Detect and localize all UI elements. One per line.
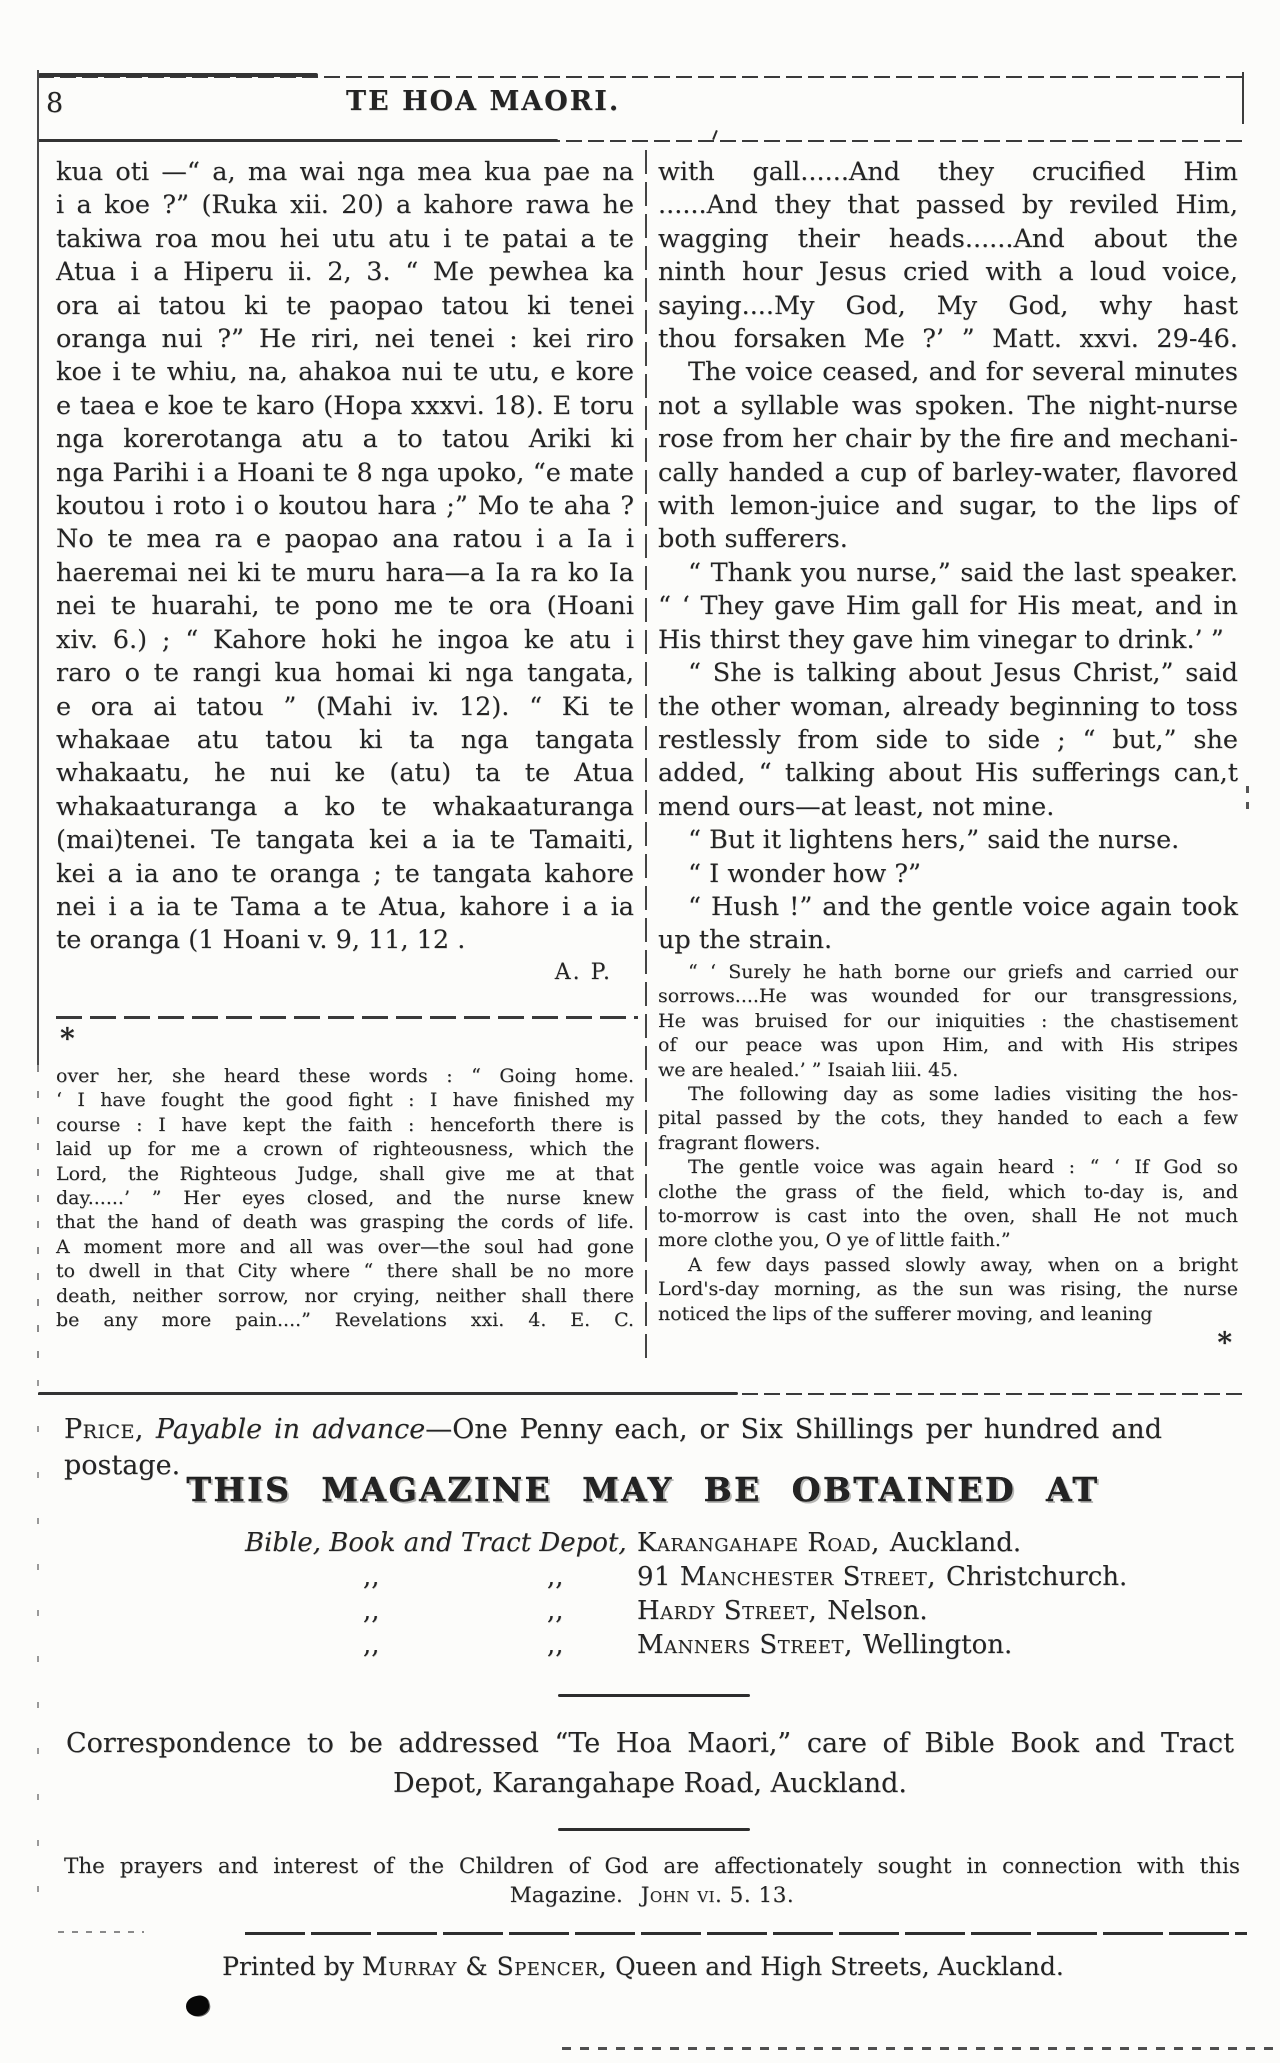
text-line: fragrant flowers. (658, 1131, 1238, 1155)
text-line: ora ai tatou ki te paopao tatou ki tenei (56, 290, 634, 323)
text-line: whakaaturanga a ko te whakaaturanga (56, 791, 634, 824)
text-line: ninth hour Jesus cried with a loud voice… (658, 256, 1238, 289)
text-line: The gentle voice was again heard : “ ‘ I… (658, 1155, 1238, 1179)
text-line: over her, she heard these words : “ Goin… (56, 1064, 634, 1088)
text-line: “ Hush !” and the gentle voice again too… (658, 891, 1238, 924)
page-number: 8 (46, 88, 63, 119)
text-line: that the hand of death was grasping the … (56, 1210, 634, 1234)
text-line: kua oti —“ a, ma wai nga mea kua pae na (56, 156, 634, 189)
text-line: both sufferers. (658, 523, 1238, 556)
text-line: death, neither sorrow, nor crying, neith… (56, 1284, 634, 1308)
text-line: Atua i a Hiperu ii. 2, 3. “ Me pewhea ka (56, 256, 634, 289)
text-line: koutou i roto i o koutou hara ;” Mo te a… (56, 490, 634, 523)
text-line: ‘ I have fought the good fight : I have … (56, 1088, 634, 1112)
ditto-mark: ,, (547, 1596, 564, 1626)
text-line: raro o te rangi kua homai ki nga tangata… (56, 657, 634, 690)
text-line: more clothe you, O ye of little faith.” (658, 1228, 1238, 1252)
text-line: to-morrow is cast into the oven, shall H… (658, 1204, 1238, 1228)
text-line: added, “ talking about His sufferings ca… (658, 757, 1238, 790)
text-line: His thirst they gave him vinegar to drin… (658, 624, 1238, 657)
left-footnote-text: over her, she heard these words : “ Goin… (56, 1064, 634, 1332)
text-line: of our peace was upon Him, and with His … (658, 1033, 1238, 1057)
depot-city: Christchurch. (946, 1562, 1127, 1592)
page-right-edge-dots (1246, 786, 1249, 812)
text-line: te oranga (1 Hoani v. 9, 11, 12 . (56, 924, 634, 957)
continuation-asterisk: * (658, 1326, 1232, 1359)
text-line: The voice ceased, and for several minute… (658, 356, 1238, 389)
text-line: nga korerotanga atu a to tatou Ariki ki (56, 423, 634, 456)
footnote-asterisk: * (60, 1022, 75, 1055)
page-left-border-dotted (37, 1065, 39, 1360)
text-line: The following day as some ladies visitin… (658, 1082, 1238, 1106)
depot-row: ,, ,, 91 Manchester Street,Christchurch. (245, 1562, 1255, 1596)
ditto-mark: ,, (363, 1596, 380, 1626)
depot-city: Nelson. (827, 1596, 927, 1626)
printer-address: Queen and High Streets, Auckland. (615, 1952, 1064, 1981)
correspondence-line: Depot, Karangahape Road, Auckland. (66, 1764, 1234, 1804)
text-line: saying....My God, My God, why hast (658, 290, 1238, 323)
text-line: up the strain. (658, 924, 1238, 957)
depot-address: 91 Manchester Street,Christchurch. (637, 1562, 1127, 1592)
text-line: nga Parihi i a Hoani te 8 nga upoko, “e … (56, 457, 634, 490)
author-initials: A. P. (56, 960, 612, 985)
text-line: clothe the grass of the field, which to-… (658, 1180, 1238, 1204)
text-line: “ But it lightens hers,” said the nurse. (658, 824, 1238, 857)
header-bottom-rule-heavy-segment (38, 139, 558, 142)
text-line: day......’ ” Her eyes closed, and the nu… (56, 1186, 634, 1210)
correspondence-line: Correspondence to be addressed “Te Hoa M… (66, 1724, 1234, 1764)
text-line: i a koe ?” (Ruka xii. 20) a kahore rawa … (56, 189, 634, 222)
depot-city: Auckland. (890, 1528, 1021, 1558)
ditto-mark: ,, (547, 1562, 564, 1592)
ditto-mark: ,, (363, 1562, 380, 1592)
column-divider-rule (645, 150, 647, 1358)
text-line: A moment more and all was over—the soul … (56, 1235, 634, 1259)
text-line: with gall......And they crucified Him (658, 156, 1238, 189)
footer-top-rule-heavy-segment (38, 1392, 738, 1395)
text-line: be any more pain....” Revelations xxi. 4… (56, 1308, 634, 1332)
text-line: mend ours—at least, not mine. (658, 791, 1238, 824)
text-line: haeremai nei ki te muru hara—a Ia ra ko … (56, 557, 634, 590)
depot-street: 91 Manchester Street, (637, 1562, 936, 1592)
text-line: Lord, the Righteous Judge, shall give me… (56, 1162, 634, 1186)
text-line: ......And they that passed by reviled Hi… (658, 189, 1238, 222)
scan-artifact (712, 130, 718, 140)
prayers-line: The prayers and interest of the Children… (64, 1852, 1240, 1881)
printer-line: Printed by Murray & Spencer, Queen and H… (38, 1952, 1248, 1981)
depot-list: Bible, Book and Tract Depot, Karangahape… (245, 1528, 1255, 1664)
depot-source: Bible, Book and Tract Depot, (245, 1528, 627, 1558)
text-line: not a syllable was spoken. The night-nur… (658, 390, 1238, 423)
printer-name: Murray & Spencer, (362, 1952, 607, 1981)
text-line: the other woman, already beginning to to… (658, 691, 1238, 724)
text-line: xiv. 6.) ; “ Kahore hoki he ingoa ke atu… (56, 624, 634, 657)
page-left-border (37, 70, 39, 1065)
text-line: wagging their heads......And about the (658, 223, 1238, 256)
text-line: A few days passed slowly away, when on a… (658, 1253, 1238, 1277)
text-line: “ She is talking about Jesus Christ,” sa… (658, 657, 1238, 690)
depot-street: Karangahape Road, (637, 1528, 880, 1558)
text-line: kei a ia ano te oranga ; te tangata kaho… (56, 858, 634, 891)
text-line: whakaae atu tatou ki ta nga tangata (56, 724, 634, 757)
scanned-magazine-page: 8 TE HOA MAORI. kua oti —“ a, ma wai nga… (0, 0, 1280, 2063)
text-line: nei i a ia te Tama a te Atua, kahore i a… (56, 891, 634, 924)
depot-street: Hardy Street, (637, 1596, 817, 1626)
depot-address: Karangahape Road,Auckland. (637, 1528, 1021, 1558)
section-divider-rule (558, 1828, 750, 1831)
depot-street: Manners Street, (637, 1630, 853, 1660)
text-line: (mai)tenei. Te tangata kei a ia te Tamai… (56, 824, 634, 857)
text-line: nei te huarahi, te pono me te ora (Hoani (56, 590, 634, 623)
text-line: to dwell in that City where “ there shal… (56, 1259, 634, 1283)
text-line: with lemon-juice and sugar, to the lips … (658, 490, 1238, 523)
ditto-mark: ,, (363, 1630, 380, 1660)
text-line: Lord's-day morning, as the sun was risin… (658, 1277, 1238, 1301)
footnote-separator-rule (56, 1016, 638, 1019)
text-line: “ ‘ Surely he hath borne our griefs and … (658, 960, 1238, 984)
text-line: we are healed.’ ” Isaiah liii. 45. (658, 1058, 1238, 1082)
text-line: oranga nui ?” He riri, nei tenei : kei r… (56, 323, 634, 356)
depot-city: Wellington. (863, 1630, 1012, 1660)
printer-rule-left-dashes (58, 1931, 144, 1933)
left-column-maori-text: kua oti —“ a, ma wai nga mea kua pae nai… (56, 156, 634, 958)
ditto-mark: ,, (547, 1630, 564, 1660)
magazine-label: Magazine. (510, 1883, 623, 1908)
ink-blot (184, 1994, 211, 2019)
text-line: takiwa roa mou hei utu atu i te patai a … (56, 223, 634, 256)
text-line: noticed the lips of the sufferer moving,… (658, 1302, 1238, 1326)
text-line: whakaatu, he nui ke (atu) ta te Atua (56, 757, 634, 790)
masthead-title: TE HOA MAORI. (346, 86, 620, 117)
text-line: No te mea ra e paopao ana ratou i a Ia i (56, 523, 634, 556)
text-line: cally handed a cup of barley-water, flav… (658, 457, 1238, 490)
section-divider-rule (558, 1694, 750, 1697)
text-line: “ Thank you nurse,” said the last speake… (658, 557, 1238, 590)
text-line: course : I have kept the faith : hencefo… (56, 1113, 634, 1137)
text-line: thou forsaken Me ?’ ” Matt. xxvi. 29-46. (658, 323, 1238, 356)
scripture-reference: John vi. 5. 13. (641, 1883, 794, 1908)
correspondence-note: Correspondence to be addressed “Te Hoa M… (66, 1724, 1234, 1804)
depot-row: Bible, Book and Tract Depot, Karangahape… (245, 1528, 1255, 1562)
text-line: laid up for me a crown of righteousness,… (56, 1137, 634, 1161)
text-line: “ I wonder how ?” (658, 858, 1238, 891)
right-column-scripture-text: “ ‘ Surely he hath borne our griefs and … (658, 960, 1238, 1326)
text-line: “ ‘ They gave Him gall for His meat, and… (658, 590, 1238, 623)
page-left-border-faint (37, 1380, 39, 1930)
text-line: He was bruised for our iniquities : the … (658, 1009, 1238, 1033)
printer-prefix: Printed by (222, 1952, 354, 1981)
obtained-heading: THIS MAGAZINE MAY BE OBTAINED AT (38, 1470, 1248, 1509)
text-line: restlessly from side to side ; “ but,” s… (658, 724, 1238, 757)
price-label: Price, (64, 1414, 144, 1445)
prayers-note: The prayers and interest of the Children… (64, 1852, 1240, 1910)
right-column-story-text: with gall......And they crucified Him...… (658, 156, 1238, 958)
depot-address: Manners Street,Wellington. (637, 1630, 1012, 1660)
text-line: e ora ai tatou ” (Mahi iv. 12). “ Ki te (56, 691, 634, 724)
prayers-line: Magazine.John vi. 5. 13. (64, 1881, 1240, 1910)
top-rule-heavy-segment (38, 73, 318, 77)
price-terms-italic: Payable in advance (156, 1414, 425, 1445)
text-line: koe i te whiu, na, ahakoa nui te utu, e … (56, 356, 634, 389)
text-line: sorrows....He was wounded for our transg… (658, 984, 1238, 1008)
depot-address: Hardy Street,Nelson. (637, 1596, 928, 1626)
text-line: rose from her chair by the fire and mech… (658, 423, 1238, 456)
text-line: e taea e koe te karo (Hopa xxxvi. 18). E… (56, 390, 634, 423)
depot-row: ,, ,, Manners Street,Wellington. (245, 1630, 1255, 1664)
text-line: pital passed by the cots, they handed to… (658, 1106, 1238, 1130)
bottom-edge-dashes (562, 2047, 1280, 2050)
page-right-edge-tick (1242, 72, 1244, 124)
depot-row: ,, ,, Hardy Street,Nelson. (245, 1596, 1255, 1630)
printer-rule (245, 1932, 1247, 1935)
